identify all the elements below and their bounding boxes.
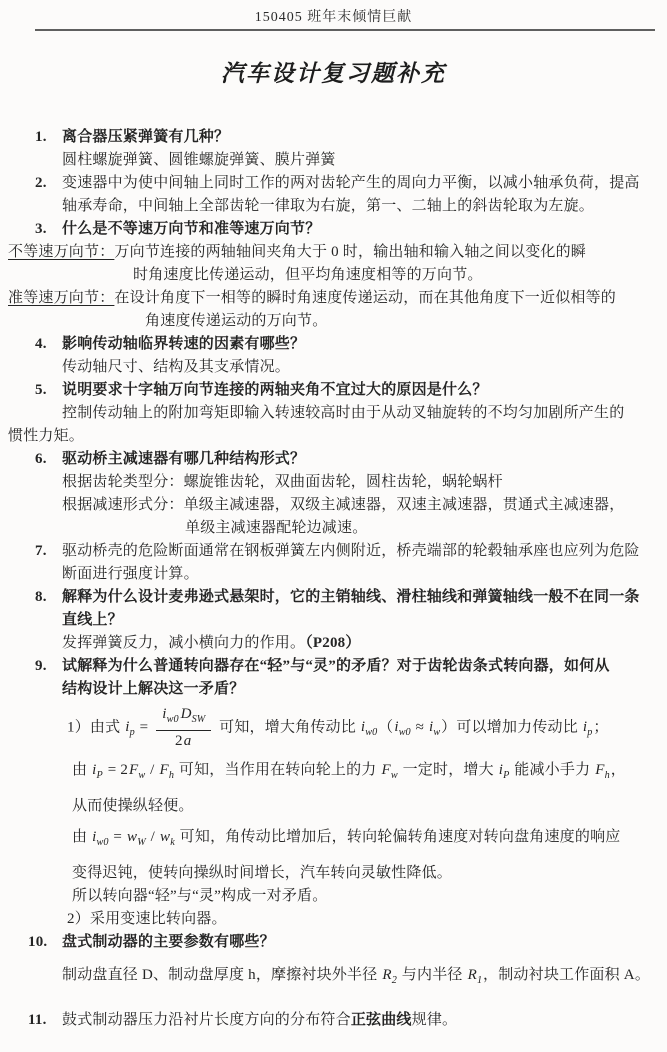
question-text: 鼓式制动器压力沿衬片长度方向的分布符合正弦曲线规律。: [62, 1009, 655, 1032]
question-text: 变速器中为使中间轴上同时工作的两对齿轮产生的周向力平衡，以减小轴承负荷，提高: [62, 172, 655, 195]
answer-row: 根据齿轮类型分：螺旋锥齿轮，双曲面齿轮，圆柱齿轮，蜗轮蜗杆: [35, 471, 655, 494]
item-number: 2.: [35, 172, 62, 195]
question-text: 离合器压紧弹簧有几种？: [62, 126, 655, 149]
answer-row: 变得迟钝，使转向操纵时间增长，汽车转向灵敏性降低。: [35, 862, 655, 885]
answer-row: 单级主减速器配轮边减速。: [35, 517, 655, 540]
page-title: 汽车设计复习题补充: [35, 55, 655, 88]
math-var: ip: [124, 719, 135, 735]
answer-row: 角速度传递运动的万向节。: [35, 310, 655, 333]
answer-row: 准等速万向节：在设计角度下一相等的瞬时角速度传递运动，而在其他角度下一近似相等的: [8, 287, 655, 310]
math-var: iw0: [91, 829, 109, 845]
math-var: Fw: [380, 762, 398, 778]
answer-row: 不等速万向节：万向节连接的两轴轴间夹角大于 0 时，输出轴和输入轴之间以变化的瞬: [8, 241, 655, 264]
math-var: iw0: [360, 719, 378, 735]
question-text: 驱动桥壳的危险断面通常在钢板弹簧左内侧附近，桥壳端部的轮毂轴承座也应列为危险: [62, 540, 655, 563]
answer-row: 制动盘直径 D、制动盘厚度 h，摩擦衬块外半径 R2 与内半径 R1，制动衬块工…: [35, 964, 655, 992]
answer-row: 轴承寿命，中间轴上全部齿轮一律取为右旋，第一、二轴上的斜齿轮取为左旋。: [35, 195, 655, 218]
answer-row: 发挥弹簧反力，减小横向力的作用。（P208）: [35, 632, 655, 655]
answer-row: 控制传动轴上的附加弯矩即输入转速较高时由于从动叉轴旋转的不均匀加剧所产生的: [35, 402, 655, 425]
math-var: ip: [582, 719, 593, 735]
question-row: 9.试解释为什么普通转向器存在“轻”与“灵”的矛盾？对于齿轮齿条式转向器，如何从: [35, 655, 655, 678]
answer-row: 圆柱螺旋弹簧、圆锥螺旋弹簧、膜片弹簧: [35, 149, 655, 172]
header-tag: 150405 班年末倾情巨献: [35, 6, 655, 26]
question-text: 影响传动轴临界转速的因素有哪些？: [62, 333, 655, 356]
question-row: 10.盘式制动器的主要参数有哪些？: [35, 931, 655, 954]
math-var: iw0: [161, 706, 179, 722]
item-number: 1.: [35, 126, 62, 149]
math-var: iw0: [393, 719, 411, 735]
answer-row: 2）采用变速比转向器。: [35, 908, 655, 931]
question-row: 5.说明要求十字轴万向节连接的两轴夹角不宜过大的原因是什么？: [35, 379, 655, 402]
question-text: 驱动桥主减速器有哪几种结构形式？: [62, 448, 655, 471]
item-number: 6.: [35, 448, 62, 471]
item-number: 10.: [28, 931, 62, 954]
item-number: 7.: [35, 540, 62, 563]
item-number: 5.: [35, 379, 62, 402]
question-row: 2.变速器中为使中间轴上同时工作的两对齿轮产生的周向力平衡，以减小轴承负荷，提高: [35, 172, 655, 195]
math-var: iP: [91, 762, 104, 778]
question-row: 8.解释为什么设计麦弗逊式悬架时，它的主销轴线、滑柱轴线和弹簧轴线一般不在同一条: [35, 586, 655, 609]
math-var: DSW: [180, 706, 207, 722]
math-var: wk: [159, 829, 176, 845]
question-row: 6.驱动桥主减速器有哪几种结构形式？: [35, 448, 655, 471]
answer-row: 从而使操纵轻便。: [35, 795, 655, 818]
answer-row: 由 iP = 2Fw / Fh 可知，当作用在转向轮上的力 Fw 一定时，增大 …: [35, 759, 655, 787]
answer-row: 惯性力矩。: [8, 425, 655, 448]
header-rule: [35, 29, 655, 31]
math-fraction: iw0DSW2a: [156, 705, 211, 751]
item-number: 8.: [35, 586, 62, 609]
item-number: 3.: [35, 218, 62, 241]
question-text: 解释为什么设计麦弗逊式悬架时，它的主销轴线、滑柱轴线和弹簧轴线一般不在同一条: [62, 586, 655, 609]
question-text: 试解释为什么普通转向器存在“轻”与“灵”的矛盾？对于齿轮齿条式转向器，如何从: [62, 655, 655, 678]
item-number: 4.: [35, 333, 62, 356]
math-var: R2: [381, 967, 397, 983]
math-var: wW: [126, 829, 147, 845]
answer-row: 根据减速形式分：单级主减速器，双级主减速器，双速主减速器，贯通式主减速器，: [35, 494, 655, 517]
math-var: iw: [428, 719, 441, 735]
math-var: Fh: [158, 762, 174, 778]
question-row: 1.离合器压紧弹簧有几种？: [35, 126, 655, 149]
math-var: R1: [467, 967, 483, 983]
answer-row: 1）由式 ip = iw0DSW2a 可知，增大角传动比 iw0（iw0 ≈ i…: [35, 705, 655, 751]
question-row: 11.鼓式制动器压力沿衬片长度方向的分布符合正弦曲线规律。: [35, 1009, 655, 1032]
item-number: 9.: [35, 655, 62, 678]
document-page: 150405 班年末倾情巨献 汽车设计复习题补充 1.离合器压紧弹簧有几种？圆柱…: [0, 0, 667, 1052]
answer-row: 所以转向器“轻”与“灵”构成一对矛盾。: [35, 885, 655, 908]
question-text: 说明要求十字轴万向节连接的两轴夹角不宜过大的原因是什么？: [62, 379, 655, 402]
qa-list: 1.离合器压紧弹簧有几种？圆柱螺旋弹簧、圆锥螺旋弹簧、膜片弹簧2.变速器中为使中…: [35, 126, 655, 1032]
question-row: 4.影响传动轴临界转速的因素有哪些？: [35, 333, 655, 356]
answer-row: 断面进行强度计算。: [35, 563, 655, 586]
math-var: Fw: [128, 762, 146, 778]
question-row: 7.驱动桥壳的危险断面通常在钢板弹簧左内侧附近，桥壳端部的轮毂轴承座也应列为危险: [35, 540, 655, 563]
item-number: 11.: [28, 1009, 62, 1032]
answer-row: 由 iw0 = wW / wk 可知，角传动比增加后，转向轮偏转角速度对转向盘角…: [35, 826, 655, 854]
answer-row: 结构设计上解决这一矛盾？: [35, 678, 655, 701]
question-row: 3.什么是不等速万向节和准等速万向节？: [35, 218, 655, 241]
question-text: 盘式制动器的主要参数有哪些？: [62, 931, 655, 954]
answer-row: 时角速度比传递运动，但平均角速度相等的万向节。: [35, 264, 655, 287]
math-var: iP: [498, 762, 511, 778]
math-var: Fh: [594, 762, 610, 778]
answer-row: 传动轴尺寸、结构及其支承情况。: [35, 356, 655, 379]
question-text: 什么是不等速万向节和准等速万向节？: [62, 218, 655, 241]
answer-row: 直线上？: [35, 609, 655, 632]
